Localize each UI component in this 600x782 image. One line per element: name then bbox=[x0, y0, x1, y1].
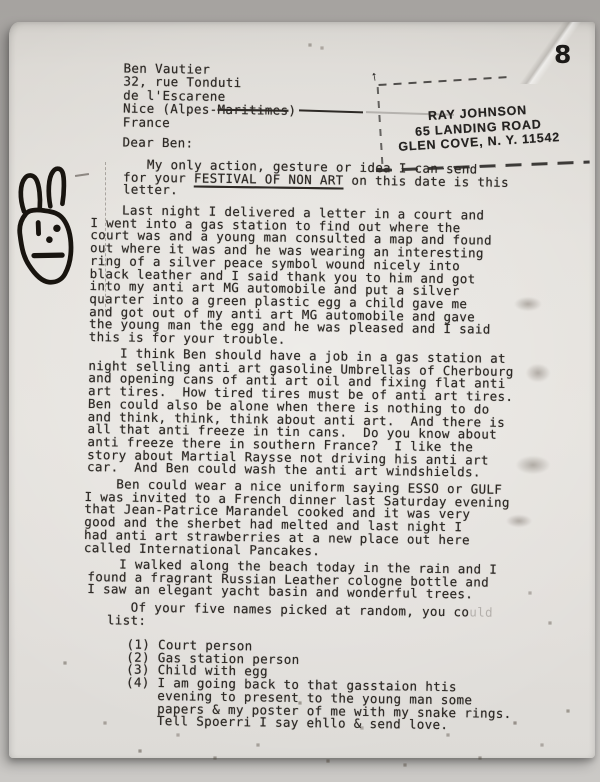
strike-dash-faint bbox=[366, 111, 454, 115]
address-text: ) bbox=[288, 103, 296, 118]
letter-paper: 8 ↑ RAY JOHNSON 65 LANDING ROAD GLEN COV… bbox=[9, 22, 595, 758]
paragraph-4: Ben could wear a nice uniform saying ESS… bbox=[84, 478, 510, 560]
paragraph-6: Of your five names picked at random, you… bbox=[107, 601, 493, 632]
photo-background: 8 ↑ RAY JOHNSON 65 LANDING ROAD GLEN COV… bbox=[0, 0, 600, 782]
strike-dash bbox=[299, 110, 363, 114]
ink-smudge bbox=[501, 512, 537, 530]
recipient-address: Ben Vautier 32, rue Tonduti de l'Escaren… bbox=[123, 61, 455, 133]
underlined-text: FESTIVAL OF NON ART bbox=[194, 170, 344, 187]
struck-text: Maritimes bbox=[217, 102, 288, 118]
paper-specks bbox=[9, 22, 11, 24]
salutation: Dear Ben: bbox=[122, 136, 193, 150]
ink-smudge bbox=[521, 360, 555, 386]
paragraph-3: I think Ben should have a job in a gas s… bbox=[87, 347, 514, 480]
list-item: (4) I am going back to that gasstaion ht… bbox=[125, 677, 512, 733]
typed-content: Ben Vautier 32, rue Tonduti de l'Escaren… bbox=[1, 21, 597, 765]
paragraph-1: My only action, gesture or idea I can se… bbox=[123, 158, 509, 201]
ink-smudge bbox=[509, 452, 557, 478]
paragraph-5: I walked along the beach today in the ra… bbox=[87, 558, 497, 602]
faded-text: uld bbox=[469, 604, 493, 619]
paragraph-2: Last night I delivered a letter in a cou… bbox=[89, 204, 493, 349]
paragraph-text: Of your five names picked at random, you… bbox=[107, 599, 469, 619]
numbered-list: (1) Court person (2) Gas station person … bbox=[125, 639, 512, 733]
ink-smudge bbox=[509, 294, 547, 314]
